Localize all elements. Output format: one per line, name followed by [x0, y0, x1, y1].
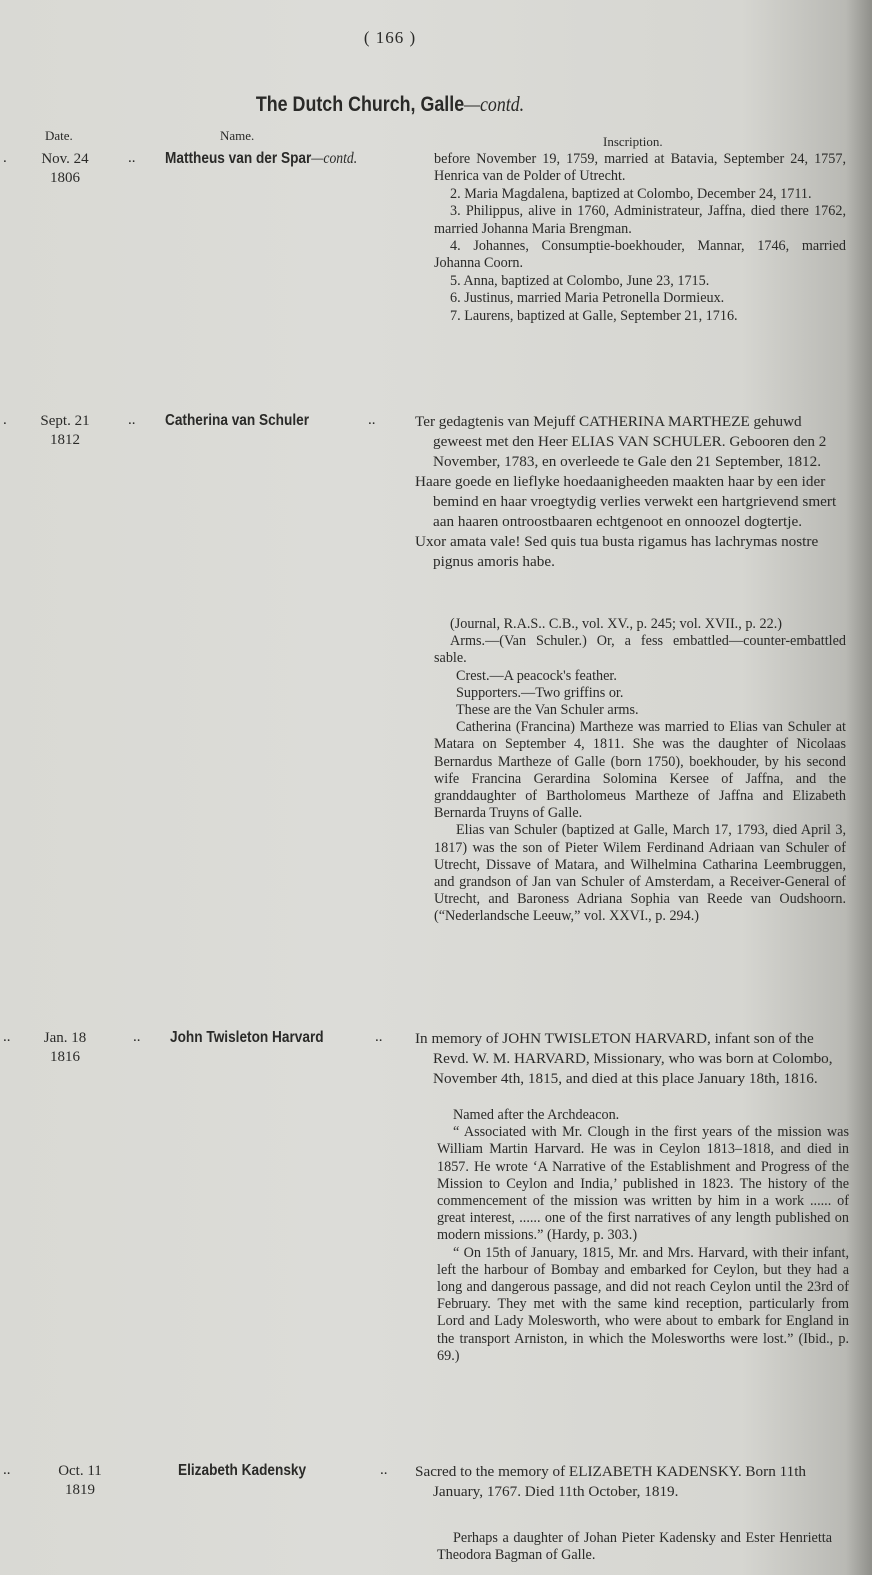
entry-name: John Twisleton Harvard — [170, 1029, 324, 1047]
entry-date: Sept. 211812 — [30, 412, 100, 450]
entry-inscription: before November 19, 1759, married at Bat… — [434, 151, 846, 325]
column-header-name: Name. — [220, 128, 254, 144]
entry-epitaph: In memory of JOHN TWISLETON HARVARD, inf… — [415, 1029, 847, 1089]
page-number: ( 166 ) — [0, 28, 780, 48]
entry-notes: Named after the Archdeacon. “ Associated… — [437, 1107, 849, 1365]
column-header-inscription: Inscription. — [603, 134, 663, 150]
entry-date: Nov. 241806 — [30, 150, 100, 188]
entry-notes: (Journal, R.A.S.. C.B., vol. XV., p. 245… — [434, 616, 846, 926]
entry-epitaph: Ter gedagtenis van Mejuff CATHERINA MART… — [415, 412, 847, 572]
column-header-date: Date. — [45, 128, 73, 144]
entry-notes: Perhaps a daughter of Johan Pieter Kaden… — [437, 1530, 832, 1564]
entry-date: Oct. 111819 — [45, 1462, 115, 1500]
page-title: The Dutch Church, Galle—contd. — [59, 92, 722, 117]
entry-date: Jan. 181816 — [30, 1029, 100, 1067]
entry-name: Mattheus van der Spar—contd. — [165, 150, 357, 168]
entry-name: Catherina van Schuler — [165, 412, 309, 430]
entry-name: Elizabeth Kadensky — [178, 1462, 306, 1480]
entry-epitaph: Sacred to the memory of ELIZABETH KADENS… — [415, 1462, 835, 1502]
